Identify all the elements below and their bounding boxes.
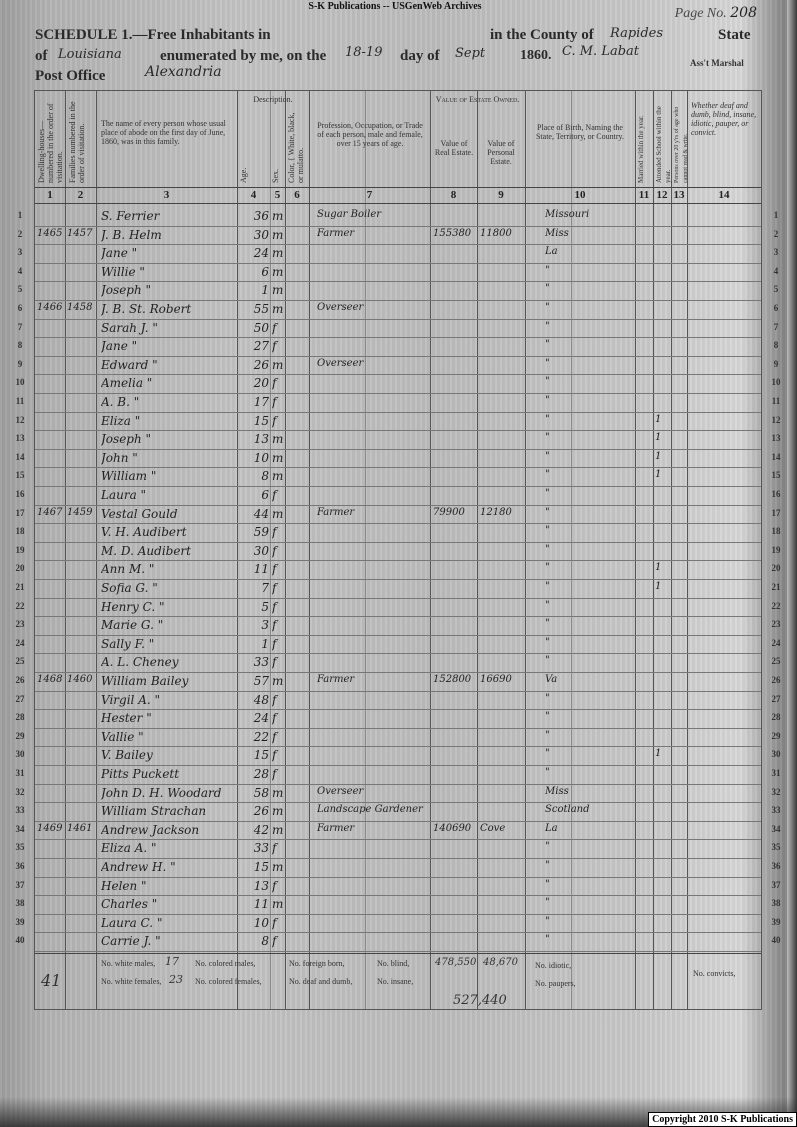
col-num-5: 5 xyxy=(270,189,285,201)
occupation: Farmer xyxy=(317,674,429,685)
attended-school: 1 xyxy=(655,451,671,462)
row-number-left: 38 xyxy=(10,898,30,908)
person-name: A. L. Cheney xyxy=(101,655,235,669)
person-name: Pitts Puckett xyxy=(101,767,235,781)
row-number-right: 21 xyxy=(764,582,788,592)
col-2-header: Families numbered in the order of visita… xyxy=(68,97,94,183)
table-row: Amelia "20f" xyxy=(35,374,761,393)
personal-estate-value: 16690 xyxy=(480,674,524,685)
person-name: Willie " xyxy=(101,265,235,279)
table-row: Henry C. "5f" xyxy=(35,598,761,617)
sex: f xyxy=(272,916,286,930)
birthplace: Miss xyxy=(545,786,633,797)
paupers-label: No. paupers, xyxy=(535,979,576,988)
age: 33 xyxy=(239,655,269,669)
row-number-right: 10 xyxy=(764,377,788,387)
row-number-right: 17 xyxy=(764,508,788,518)
person-name: Carrie J. " xyxy=(101,934,235,948)
row-number-left: 34 xyxy=(10,824,30,834)
row-number-right: 1 xyxy=(764,210,788,220)
table-row: Virgil A. "48f" xyxy=(35,691,761,710)
attended-school: 1 xyxy=(655,469,671,480)
col-num-2: 2 xyxy=(65,189,96,201)
person-name: Sofia G. " xyxy=(101,581,235,595)
table-row: Joseph "13m"1 xyxy=(35,430,761,449)
table-row: Edward "26mOverseer" xyxy=(35,356,761,375)
sex: f xyxy=(272,637,286,651)
table-row: Sarah J. "50f" xyxy=(35,319,761,338)
estate-header: Value of Estate Owned. xyxy=(430,95,525,104)
real-estate-value: 152800 xyxy=(433,674,477,685)
table-row: Carrie J. "8f" xyxy=(35,932,761,951)
table-row: Laura C. "10f" xyxy=(35,914,761,933)
age: 1 xyxy=(239,637,269,651)
row-number-right: 26 xyxy=(764,675,788,685)
person-name: J. B. St. Robert xyxy=(101,302,235,316)
row-number-right: 25 xyxy=(764,656,788,666)
table-row: Pitts Puckett28f" xyxy=(35,765,761,784)
col-num-8: 8 xyxy=(430,189,477,201)
row-number-left: 40 xyxy=(10,935,30,945)
birthplace: " xyxy=(545,748,633,759)
age: 36 xyxy=(239,209,269,223)
birthplace: " xyxy=(545,376,633,387)
age: 30 xyxy=(239,544,269,558)
occupation: Overseer xyxy=(317,786,429,797)
birthplace: " xyxy=(545,600,633,611)
col-num-9: 9 xyxy=(477,189,525,201)
occupation: Overseer xyxy=(317,358,429,369)
birthplace: " xyxy=(545,488,633,499)
description-header: Description. xyxy=(237,95,309,104)
family-number: 1460 xyxy=(67,674,95,685)
margin-note: 41 xyxy=(41,971,61,990)
row-number-left: 24 xyxy=(10,638,30,648)
col-num-10: 10 xyxy=(525,189,635,201)
row-number-right: 19 xyxy=(764,545,788,555)
row-number-left: 19 xyxy=(10,545,30,555)
row-number-right: 37 xyxy=(764,880,788,890)
sex: f xyxy=(272,525,286,539)
occupation: Farmer xyxy=(317,507,429,518)
person-name: M. D. Audibert xyxy=(101,544,235,558)
table-row: Sally F. "1f" xyxy=(35,635,761,654)
table-row: Sofia G. "7f"1 xyxy=(35,579,761,598)
occupation: Sugar Boiler xyxy=(317,209,429,220)
person-name: Laura C. " xyxy=(101,916,235,930)
dwelling-number: 1469 xyxy=(37,823,65,834)
person-name: Virgil A. " xyxy=(101,693,235,707)
person-name: Jane " xyxy=(101,246,235,260)
birthplace: Missouri xyxy=(545,209,633,220)
birthplace: " xyxy=(545,283,633,294)
col-5-header: Sex. xyxy=(271,153,283,183)
person-name: Andrew H. " xyxy=(101,860,235,874)
age: 13 xyxy=(239,432,269,446)
idiotic-label: No. idiotic, xyxy=(535,961,571,970)
age: 15 xyxy=(239,748,269,762)
birthplace: " xyxy=(545,451,633,462)
state-value: Louisiana xyxy=(58,47,122,62)
birthplace: " xyxy=(545,358,633,369)
person-name: Jane " xyxy=(101,339,235,353)
person-name: Eliza A. " xyxy=(101,841,235,855)
census-table: Dwelling-houses—numbered in the order of… xyxy=(34,90,762,1010)
row-number-right: 31 xyxy=(764,768,788,778)
birthplace: " xyxy=(545,655,633,666)
birthplace: " xyxy=(545,432,633,443)
birthplace: " xyxy=(545,879,633,890)
attended-school: 1 xyxy=(655,414,671,425)
col-9-header: Value of Personal Estate. xyxy=(480,139,522,166)
age: 50 xyxy=(239,321,269,335)
birthplace: " xyxy=(545,395,633,406)
sex: m xyxy=(272,507,286,521)
attended-school: 1 xyxy=(655,581,671,592)
sex: f xyxy=(272,600,286,614)
sex: f xyxy=(272,488,286,502)
row-number-right: 9 xyxy=(764,359,788,369)
birthplace: " xyxy=(545,507,633,518)
table-row: 14691461Andrew Jackson42mFarmer140690Cov… xyxy=(35,821,761,840)
col-8-header: Value of Real Estate. xyxy=(433,139,475,157)
age: 1 xyxy=(239,283,269,297)
age: 13 xyxy=(239,879,269,893)
sex: m xyxy=(272,823,286,837)
table-row: M. D. Audibert30f" xyxy=(35,542,761,561)
sex: f xyxy=(272,730,286,744)
age: 11 xyxy=(239,562,269,576)
row-number-right: 6 xyxy=(764,303,788,313)
family-number: 1458 xyxy=(67,302,95,313)
row-number-right: 40 xyxy=(764,935,788,945)
row-number-right: 18 xyxy=(764,526,788,536)
sex: f xyxy=(272,544,286,558)
copyright-notice: Copyright 2010 S-K Publications xyxy=(648,1112,797,1127)
row-number-left: 3 xyxy=(10,247,30,257)
row-number-left: 22 xyxy=(10,601,30,611)
birthplace: " xyxy=(545,934,633,945)
row-number-left: 7 xyxy=(10,322,30,332)
personal-estate-value: Cove xyxy=(480,823,524,834)
birthplace: " xyxy=(545,321,633,332)
blind-label: No. blind, xyxy=(377,959,409,968)
table-row: 14681460William Bailey57mFarmer152800166… xyxy=(35,672,761,691)
row-number-left: 31 xyxy=(10,768,30,778)
age: 15 xyxy=(239,414,269,428)
occupation: Overseer xyxy=(317,302,429,313)
age: 20 xyxy=(239,376,269,390)
birthplace: " xyxy=(545,730,633,741)
sex: m xyxy=(272,674,286,688)
row-number-left: 9 xyxy=(10,359,30,369)
white-females-value: 23 xyxy=(169,973,183,986)
table-row: John "10m"1 xyxy=(35,449,761,468)
row-number-left: 15 xyxy=(10,470,30,480)
row-number-left: 4 xyxy=(10,266,30,276)
real-estate-value: 155380 xyxy=(433,228,477,239)
row-number-right: 13 xyxy=(764,433,788,443)
col-num-11: 11 xyxy=(635,189,653,201)
col-7-header: Profession, Occupation, or Trade of each… xyxy=(313,121,427,148)
person-name: V. H. Audibert xyxy=(101,525,235,539)
sex: f xyxy=(272,395,286,409)
age: 55 xyxy=(239,302,269,316)
occupation: Farmer xyxy=(317,228,429,239)
dwelling-number: 1468 xyxy=(37,674,65,685)
person-name: Laura " xyxy=(101,488,235,502)
table-row: Jane "24mLa xyxy=(35,244,761,263)
dwelling-number: 1467 xyxy=(37,507,65,518)
age: 24 xyxy=(239,711,269,725)
col-num-7: 7 xyxy=(309,189,430,201)
person-name: Eliza " xyxy=(101,414,235,428)
row-number-right: 32 xyxy=(764,787,788,797)
colored-females-label: No. colored females, xyxy=(195,977,262,986)
row-number-right: 29 xyxy=(764,731,788,741)
table-row: Eliza A. "33f" xyxy=(35,839,761,858)
row-number-right: 12 xyxy=(764,415,788,425)
sex: m xyxy=(272,302,286,316)
row-number-left: 32 xyxy=(10,787,30,797)
occupation: Farmer xyxy=(317,823,429,834)
table-row: Charles "11m" xyxy=(35,895,761,914)
row-number-left: 5 xyxy=(10,284,30,294)
person-name: Hester " xyxy=(101,711,235,725)
age: 30 xyxy=(239,228,269,242)
post-office-value: Alexandria xyxy=(145,64,222,80)
person-name: Joseph " xyxy=(101,283,235,297)
birthplace: " xyxy=(545,841,633,852)
row-number-right: 34 xyxy=(764,824,788,834)
age: 58 xyxy=(239,786,269,800)
row-number-left: 35 xyxy=(10,842,30,852)
sex: m xyxy=(272,432,286,446)
row-number-left: 1 xyxy=(10,210,30,220)
colored-males-label: No. colored males, xyxy=(195,959,255,968)
marshal-name: C. M. Labat xyxy=(562,44,639,59)
row-number-left: 25 xyxy=(10,656,30,666)
age: 24 xyxy=(239,246,269,260)
person-name: Andrew Jackson xyxy=(101,823,235,837)
year-value: 1860. xyxy=(520,48,552,64)
age: 10 xyxy=(239,916,269,930)
person-name: Henry C. " xyxy=(101,600,235,614)
col-num-1: 1 xyxy=(35,189,65,201)
age: 17 xyxy=(239,395,269,409)
row-number-right: 16 xyxy=(764,489,788,499)
real-estate-value: 79900 xyxy=(433,507,477,518)
age: 28 xyxy=(239,767,269,781)
family-number: 1457 xyxy=(67,228,95,239)
birthplace: " xyxy=(545,265,633,276)
sex: m xyxy=(272,209,286,223)
foreign-born-label: No. foreign born, xyxy=(289,959,345,968)
table-row: A. B. "17f" xyxy=(35,393,761,412)
row-number-right: 7 xyxy=(764,322,788,332)
sex: m xyxy=(272,228,286,242)
row-number-right: 20 xyxy=(764,563,788,573)
sex: f xyxy=(272,841,286,855)
person-name: John D. H. Woodard xyxy=(101,786,235,800)
real-estate-value: 140690 xyxy=(433,823,477,834)
sex: m xyxy=(272,860,286,874)
table-row: V. Bailey15f"1 xyxy=(35,746,761,765)
table-row: Vallie "22f" xyxy=(35,728,761,747)
row-number-left: 2 xyxy=(10,229,30,239)
birthplace: Miss xyxy=(545,228,633,239)
person-name: V. Bailey xyxy=(101,748,235,762)
row-number-left: 39 xyxy=(10,917,30,927)
row-number-right: 38 xyxy=(764,898,788,908)
birthplace: " xyxy=(545,525,633,536)
row-number-left: 18 xyxy=(10,526,30,536)
birthplace: " xyxy=(545,339,633,350)
age: 22 xyxy=(239,730,269,744)
row-number-right: 11 xyxy=(764,396,788,406)
sex: f xyxy=(272,376,286,390)
table-row: Andrew H. "15m" xyxy=(35,858,761,877)
person-name: Vallie " xyxy=(101,730,235,744)
age: 3 xyxy=(239,618,269,632)
row-number-right: 35 xyxy=(764,842,788,852)
table-row: Joseph "1m" xyxy=(35,281,761,300)
asst-marshal-label: Ass't Marshal xyxy=(690,58,744,68)
table-row: Helen "13f" xyxy=(35,877,761,896)
sex: f xyxy=(272,655,286,669)
state-label: State xyxy=(718,27,751,44)
table-row: A. L. Cheney33f" xyxy=(35,653,761,672)
row-number-right: 4 xyxy=(764,266,788,276)
birthplace: " xyxy=(545,711,633,722)
sex: f xyxy=(272,934,286,948)
census-page-scan: S-K Publications -- USGenWeb Archives Pa… xyxy=(0,0,797,1127)
col-num-13: 13 xyxy=(671,189,687,201)
age: 48 xyxy=(239,693,269,707)
sex: f xyxy=(272,618,286,632)
row-number-left: 14 xyxy=(10,452,30,462)
personal-estate-value: 12180 xyxy=(480,507,524,518)
attended-school: 1 xyxy=(655,562,671,573)
row-number-right: 27 xyxy=(764,694,788,704)
county-label: in the County of xyxy=(490,27,594,44)
row-number-left: 21 xyxy=(10,582,30,592)
table-row: Willie "6m" xyxy=(35,263,761,282)
row-number-right: 14 xyxy=(764,452,788,462)
person-name: Edward " xyxy=(101,358,235,372)
table-row: William Strachan26mLandscape GardenerSco… xyxy=(35,802,761,821)
personal-estate-total: 48,670 xyxy=(483,957,518,968)
sex: f xyxy=(272,879,286,893)
person-name: Marie G. " xyxy=(101,618,235,632)
page-number: Page No. 208 xyxy=(675,5,757,22)
row-number-left: 28 xyxy=(10,712,30,722)
table-row: Eliza "15f"1 xyxy=(35,412,761,431)
col-13-header: Persons over 20 y'rs of age who cannot r… xyxy=(673,95,685,183)
archive-banner: S-K Publications -- USGenWeb Archives xyxy=(300,0,490,14)
col-num-14: 14 xyxy=(687,189,761,201)
table-row: 14671459Vestal Gould44mFarmer7990012180" xyxy=(35,505,761,524)
row-number-left: 17 xyxy=(10,508,30,518)
real-estate-total: 478,550 xyxy=(435,957,476,968)
col-3-header: The name of every person whose usual pla… xyxy=(101,119,233,146)
person-name: Amelia " xyxy=(101,376,235,390)
convicts-label: No. convicts, xyxy=(693,969,735,978)
age: 10 xyxy=(239,451,269,465)
age: 6 xyxy=(239,265,269,279)
age: 11 xyxy=(239,897,269,911)
sex: m xyxy=(272,358,286,372)
page-number-value: 208 xyxy=(730,5,757,21)
grand-total: 527,440 xyxy=(453,993,507,1008)
row-number-left: 13 xyxy=(10,433,30,443)
person-name: Ann M. " xyxy=(101,562,235,576)
person-name: John " xyxy=(101,451,235,465)
enumerated-label: enumerated by me, on the xyxy=(160,48,326,65)
table-row: Jane "27f" xyxy=(35,337,761,356)
age: 26 xyxy=(239,358,269,372)
table-row: S. Ferrier36mSugar BoilerMissouri xyxy=(35,207,761,226)
sex: m xyxy=(272,283,286,297)
row-number-right: 15 xyxy=(764,470,788,480)
col-num-4: 4 xyxy=(237,189,270,201)
birthplace: La xyxy=(545,823,633,834)
age: 7 xyxy=(239,581,269,595)
county-value: Rapides xyxy=(610,26,663,41)
page-edge xyxy=(787,0,797,1127)
of-label: of xyxy=(35,48,48,65)
person-name: William Bailey xyxy=(101,674,235,688)
table-row: William "8m"1 xyxy=(35,467,761,486)
birthplace: " xyxy=(545,302,633,313)
sex: m xyxy=(272,897,286,911)
dwelling-number: 1465 xyxy=(37,228,65,239)
person-name: Helen " xyxy=(101,879,235,893)
row-number-left: 26 xyxy=(10,675,30,685)
col-1-header: Dwelling-houses—numbered in the order of… xyxy=(37,97,63,183)
sex: m xyxy=(272,451,286,465)
age: 33 xyxy=(239,841,269,855)
age: 8 xyxy=(239,934,269,948)
age: 8 xyxy=(239,469,269,483)
row-number-right: 22 xyxy=(764,601,788,611)
row-number-left: 23 xyxy=(10,619,30,629)
birthplace: " xyxy=(545,544,633,555)
row-number-left: 27 xyxy=(10,694,30,704)
age: 44 xyxy=(239,507,269,521)
sex: f xyxy=(272,562,286,576)
birthplace: " xyxy=(545,637,633,648)
family-number: 1461 xyxy=(67,823,95,834)
person-name: William Strachan xyxy=(101,804,235,818)
birthplace: " xyxy=(545,562,633,573)
white-males-label: No. white males, xyxy=(101,959,155,968)
person-name: William " xyxy=(101,469,235,483)
birthplace: " xyxy=(545,581,633,592)
attended-school: 1 xyxy=(655,432,671,443)
month-value: Sept xyxy=(455,46,485,61)
table-row: Laura "6f" xyxy=(35,486,761,505)
deaf-dumb-label: No. deaf and dumb, xyxy=(289,977,352,986)
post-office-label: Post Office xyxy=(35,68,105,85)
row-number-right: 2 xyxy=(764,229,788,239)
row-number-left: 20 xyxy=(10,563,30,573)
row-number-right: 3 xyxy=(764,247,788,257)
row-number-left: 10 xyxy=(10,377,30,387)
person-name: S. Ferrier xyxy=(101,209,235,223)
row-number-left: 33 xyxy=(10,805,30,815)
col-14-header: Whether deaf and dumb, blind, insane, id… xyxy=(691,101,757,137)
